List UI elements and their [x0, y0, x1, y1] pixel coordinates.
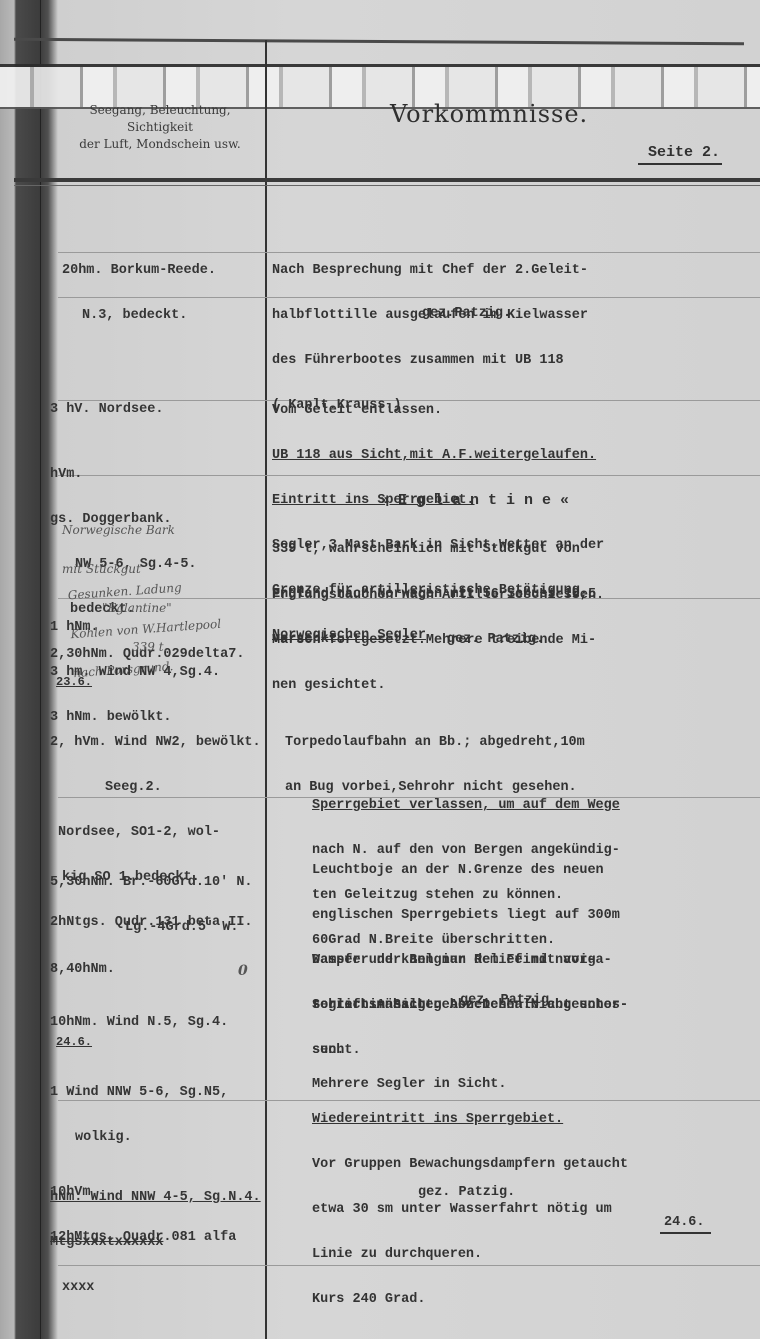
header-label-line1: Seegang, Beleuchtung, Sichtigkeit: [60, 102, 260, 136]
log-line: Marsch fortgesetzt.Mehrere treibende Mi-: [272, 633, 604, 648]
page-title: Vorkommnisse.: [390, 100, 588, 128]
ship-name: » E g l a n t i n e «: [380, 493, 569, 508]
struck-line: xxxx: [50, 1280, 261, 1295]
footer-date: 24.6.: [660, 1215, 711, 1234]
signature: gez. Patzig.: [460, 993, 557, 1008]
log-line: 1 hNm.: [50, 620, 220, 635]
log-line: 10hNm. Wind N.5, Sg.4.: [50, 1015, 228, 1030]
log-line: des Führerbootes zusammen mit UB 118: [272, 353, 588, 368]
log-line: Nordsee, SO1-2, wol-: [50, 825, 261, 840]
log-line: Seeg.2.: [50, 780, 261, 795]
log-line: Linie zu durchqueren.: [312, 1247, 628, 1262]
log-line: 20hm. Borkum-Reede.: [62, 263, 216, 278]
log-line: Torpedolaufbahn an Bb.; abgedreht,10m: [285, 735, 585, 750]
log-line: Vom Geleit entlassen.: [272, 403, 604, 418]
log-line: 339 t, wahrscheinlich mit Stückgut von: [272, 542, 596, 557]
header-rule-thin: [14, 185, 760, 186]
header-rule: [14, 178, 760, 182]
log-line: Prüfungstauchen nach Artillerieschiessen…: [272, 588, 604, 603]
log-line: Leuchtboje an der N.Grenze des neuen: [312, 863, 628, 878]
log-line: Segler in Sicht.: [312, 998, 442, 1013]
struck-line: Mtgsxxxtxxxxxx: [50, 1235, 261, 1250]
log-line: Kurs 240 Grad.: [312, 1292, 628, 1307]
log-line: 8,40hNm.: [50, 962, 115, 977]
entry-1-left: 20hm. Borkum-Reede. N.3, bedeckt.: [62, 233, 216, 338]
log-line: nen gesichtet.: [272, 678, 604, 693]
log-line: Wiedereintritt ins Sperrgebiet.: [312, 1112, 628, 1127]
entry-6-left: 8,40hNm.: [50, 932, 115, 992]
entry-9-left: hNm. Wind NNW 4-5, Sg.N.4. Mtgsxxxtxxxxx…: [50, 1160, 261, 1310]
signature: gez.Patzig.: [422, 306, 511, 321]
log-line: 5,30hNm. Br.-60Grd.10' N.: [50, 875, 253, 890]
log-line: N.3, bedeckt.: [62, 308, 216, 323]
log-line: hNm. Wind NNW 4-5, Sg.N.4.: [50, 1190, 261, 1205]
log-line: 3 hV. Nordsee.: [50, 402, 244, 417]
log-line: englischen Sperrgebiets liegt auf 300m: [312, 908, 628, 923]
log-line: UB 118 aus Sicht,mit A.F.weitergelaufen.: [272, 448, 604, 463]
log-line: 1 Wind NNW 5-6, Sg.N5,: [50, 1085, 236, 1100]
date-marker: 24.6.: [56, 1035, 92, 1049]
entry-3-right: Prüfungstauchen nach Artillerieschiessen…: [272, 558, 604, 708]
page-number: Seite 2.: [638, 144, 722, 165]
log-line: 2, hVm. Wind NW2, bewölkt.: [50, 735, 261, 750]
signature: gez. Patzig.: [447, 632, 544, 647]
log-line: Dampfer der Belgian Relief mit vor-: [312, 953, 628, 968]
log-line: etwa 30 sm unter Wasserfahrt nötig um: [312, 1202, 628, 1217]
column-divider: [265, 40, 267, 1339]
header-label-line2: der Luft, Mondschein usw.: [60, 136, 260, 153]
signature: gez. Patzig.: [418, 1185, 515, 1200]
date-marker: 23.6.: [56, 675, 92, 689]
log-line: wolkig.: [50, 1130, 236, 1145]
log-line: Nach Besprechung mit Chef der 2.Geleit-: [272, 263, 588, 278]
entry-7-right: Segler in Sicht.: [312, 968, 442, 1028]
log-line: hVm.: [50, 467, 244, 482]
left-column-header: Seegang, Beleuchtung, Sichtigkeit der Lu…: [60, 102, 260, 153]
entry-8-right-b: Wiedereintritt ins Sperrgebiet. Vor Grup…: [312, 1082, 628, 1322]
margin-line: [40, 0, 41, 1339]
log-line: Vor Gruppen Bewachungsdampfern getaucht: [312, 1157, 628, 1172]
log-line: Sperrgebiet verlassen, um auf dem Wege: [312, 798, 620, 813]
